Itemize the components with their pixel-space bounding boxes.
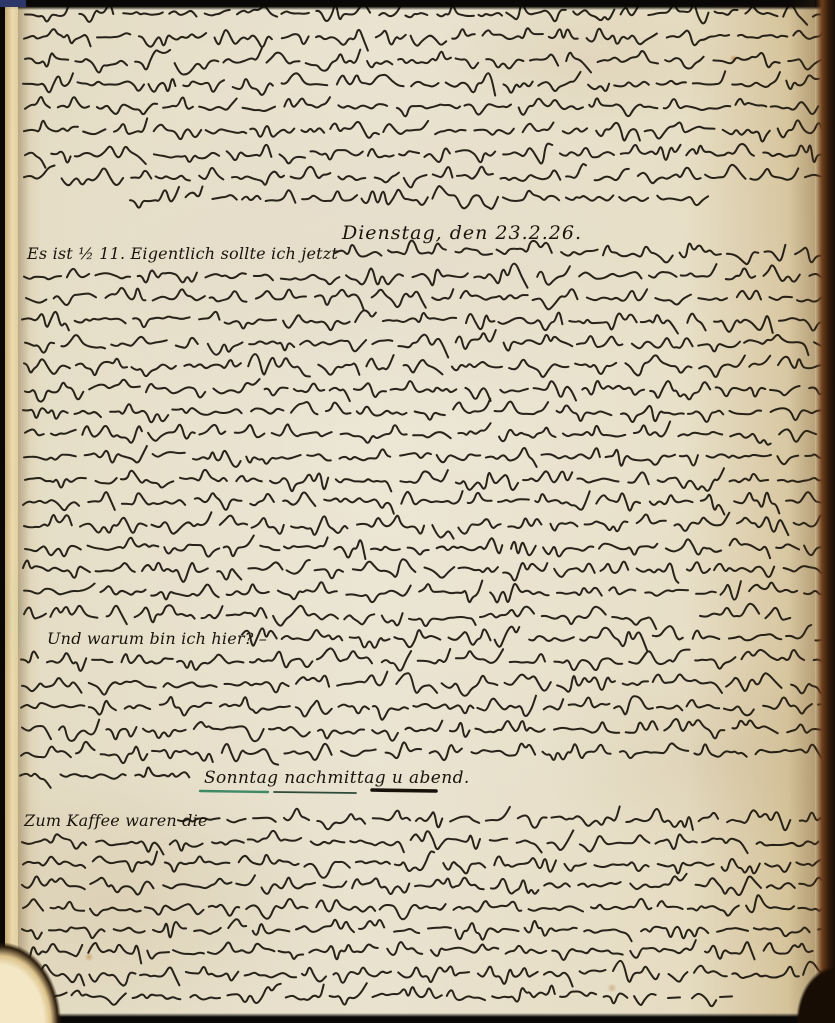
diary-page-scan: Dienstag, den 23.2.26. Es ist ½ 11. Eige… [0, 0, 835, 1023]
para2-opening-text: Es ist ½ 11. Eigentlich sollte ich jetzt [26, 244, 338, 263]
para4-opening-text: Zum Kaffee waren die [23, 811, 208, 830]
paragraph-1-strokes [23, 2, 830, 209]
handwriting-strokes [20, 2, 831, 1006]
paragraph-4-strokes [22, 806, 830, 1006]
para3-opening-text: Und warum bin ich hier? – [47, 629, 267, 648]
underline-sonntag-green [200, 791, 268, 792]
underline-nachmittag [274, 792, 356, 793]
paragraph-3-strokes [20, 625, 831, 788]
date-line-text: Dienstag, den 23.2.26. [341, 222, 582, 244]
underline-abend [372, 790, 436, 791]
paragraph-2-strokes [22, 241, 830, 629]
underlined-phrase-text: Sonntag nachmittag u abend. [204, 768, 470, 788]
handwriting-layer: Dienstag, den 23.2.26. Es ist ½ 11. Eige… [0, 0, 835, 1023]
